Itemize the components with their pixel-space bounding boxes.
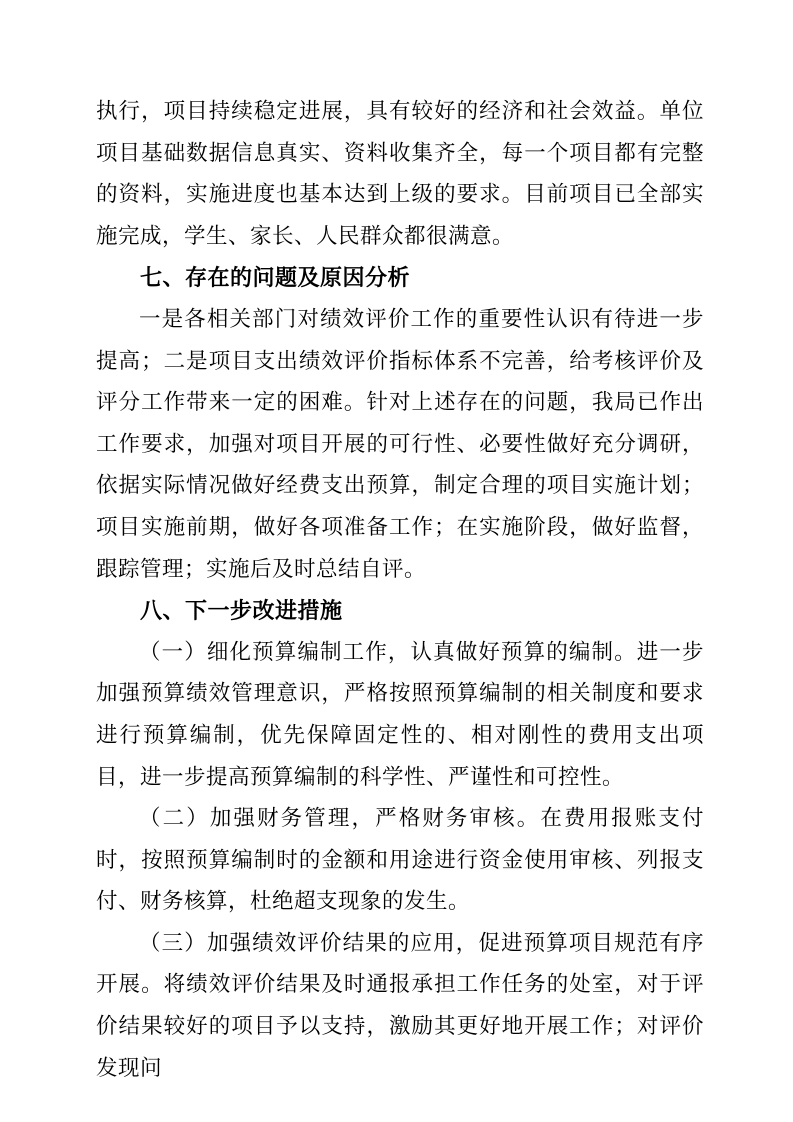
paragraph-cut-off: （三）加强绩效评价结果的应用，促进预算项目规范有序开展。将绩效评价结果及时通报承…	[96, 923, 704, 1089]
section-heading-7: 七、存在的问题及原因分析	[96, 257, 704, 299]
document-page: 执行，项目持续稳定进展，具有较好的经济和社会效益。单位项目基础数据信息真实、资料…	[0, 0, 793, 1122]
paragraph: 一是各相关部门对绩效评价工作的重要性认识有待进一步提高；二是项目支出绩效评价指标…	[96, 299, 704, 590]
paragraph: （二）加强财务管理，严格财务审核。在费用报账支付时，按照预算编制时的金额和用途进…	[96, 798, 704, 923]
paragraph: （一）细化预算编制工作，认真做好预算的编制。进一步加强预算绩效管理意识，严格按照…	[96, 632, 704, 798]
section-heading-8: 八、下一步改进措施	[96, 590, 704, 632]
document-body: 执行，项目持续稳定进展，具有较好的经济和社会效益。单位项目基础数据信息真实、资料…	[96, 91, 704, 1089]
paragraph-continued: 执行，项目持续稳定进展，具有较好的经济和社会效益。单位项目基础数据信息真实、资料…	[96, 91, 704, 257]
